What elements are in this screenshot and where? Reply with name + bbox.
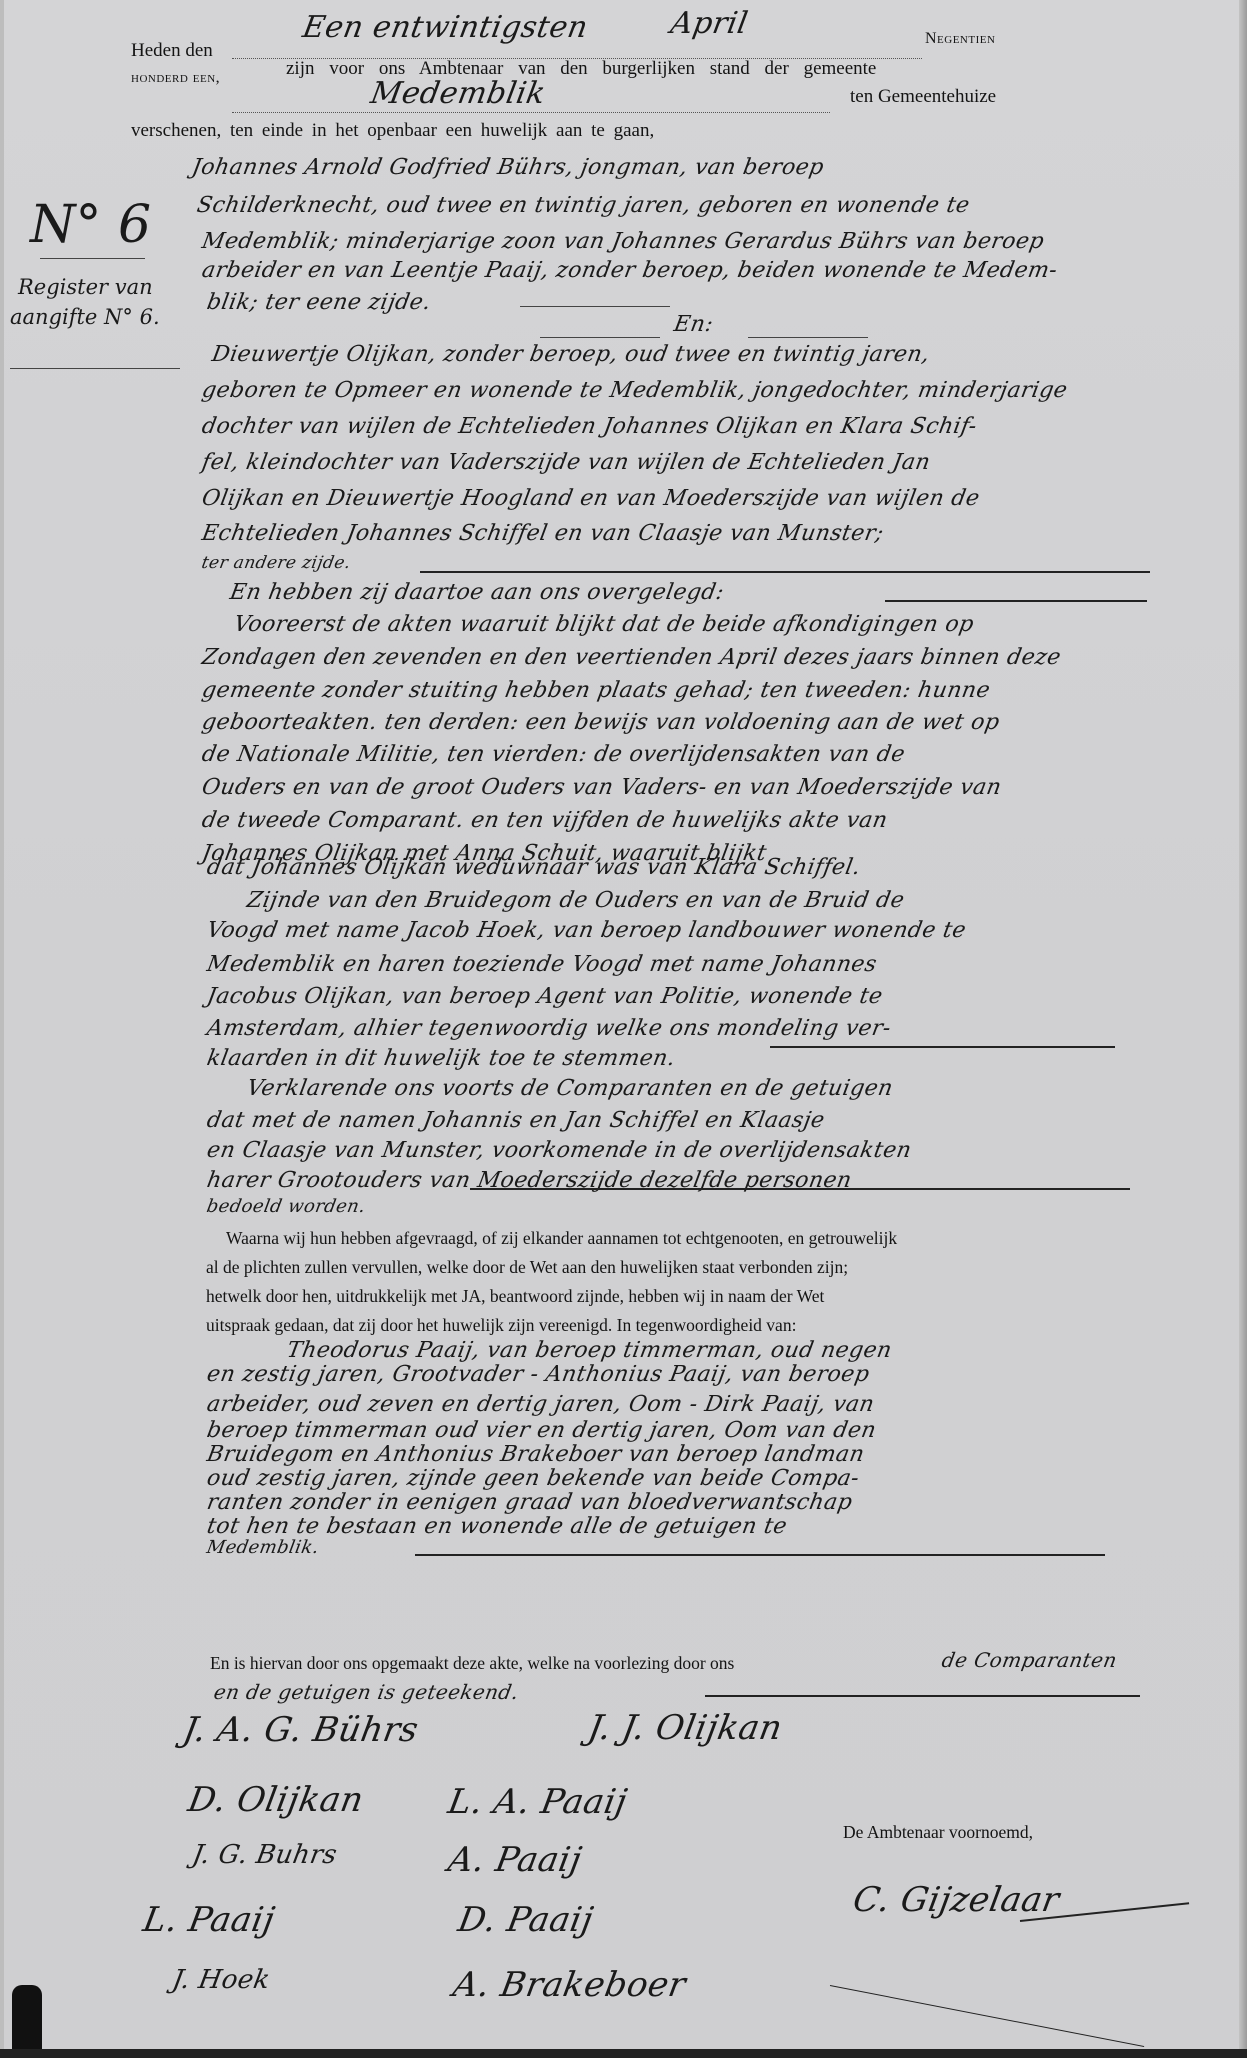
groom-line: Medemblik; minderjarige zoon van Johanne…	[200, 229, 1046, 254]
ceremony-line: uitspraak gedaan, dat zij door het huwel…	[206, 1315, 796, 1336]
record-number: N° 6	[30, 195, 151, 255]
declaration-line: Verklarende ons voorts de Comparanten en…	[245, 1076, 895, 1101]
fill-rule	[885, 600, 1147, 602]
consent-line: Medemblik en haren toeziende Voogd met n…	[205, 952, 879, 977]
groom-line: arbeider en van Leentje Paaij, zonder be…	[200, 258, 1059, 283]
documents-line: gemeente zonder stuiting hebben plaats g…	[200, 678, 992, 703]
declaration-line: bedoeld worden.	[205, 1196, 367, 1217]
honderd-een-label: honderd een,	[131, 69, 220, 87]
witnesses-line: Bruidegom en Anthonius Brakeboer van ber…	[205, 1442, 866, 1467]
witnesses-line: Theodorus Paaij, van beroep timmerman, o…	[285, 1338, 894, 1363]
fill-rule	[470, 1188, 1130, 1190]
signature-flourish	[830, 1985, 1144, 2047]
documents-line: Vooreerst de akten waaruit blijkt dat de…	[232, 612, 976, 637]
margin-rule	[40, 258, 145, 259]
month-handwritten: April	[668, 6, 751, 41]
documents-line: Zondagen den zevenden en den veertienden…	[200, 645, 1063, 670]
fill-rule	[420, 571, 1150, 573]
negentien-label: Negentien	[925, 30, 995, 48]
bride-line: ter andere zijde.	[200, 553, 352, 573]
closing-handwritten-end: de Comparanten	[940, 1648, 1119, 1672]
documents-line: En hebben zij daartoe aan ons overgelegd…	[228, 580, 726, 605]
signature-co-guardian: J. J. Olijkan	[585, 1708, 785, 1748]
declaration-line: en Claasje van Munster, voorkomende in d…	[205, 1138, 913, 1163]
certificate-page: Heden den Een entwintigsten April Negent…	[0, 0, 1247, 2058]
gemeentehuize-label: ten Gemeentehuize	[850, 86, 996, 108]
signature-groom-mother: L. Paaij	[140, 1900, 278, 1940]
ceremony-line: Waarna wij hun hebben afgevraagd, of zij…	[226, 1228, 897, 1249]
binding-clip	[12, 1985, 42, 2058]
witnesses-line: arbeider, oud zeven en dertig jaren, Oom…	[205, 1392, 876, 1417]
documents-line: de tweede Comparant. en ten vijfden de h…	[200, 808, 890, 833]
signature-groom-father: J. G. Buhrs	[190, 1840, 339, 1870]
fill-rule	[415, 1554, 1105, 1556]
margin-note-line1: Register van	[18, 272, 153, 302]
ceremony-line: hetwelk door hen, uitdrukkelijk met JA, …	[206, 1286, 824, 1307]
closing-handwritten-line2: en de getuigen is geteekend.	[212, 1680, 521, 1704]
consent-line: Zijnde van den Bruidegom de Ouders en va…	[245, 888, 906, 913]
bride-line: fel, kleindochter van Vaderszijde van wi…	[200, 450, 932, 475]
witnesses-line: ranten zonder in eenigen graad van bloed…	[205, 1490, 854, 1515]
closing-printed: En is hiervan door ons opgemaakt deze ak…	[210, 1653, 734, 1674]
witnesses-line: tot hen te bestaan en wonende alle de ge…	[205, 1514, 789, 1539]
page-bottom-edge	[0, 2049, 1247, 2058]
signature-bride-guardian: J. Hoek	[170, 1965, 272, 1995]
signature-groom: J. A. G. Bührs	[180, 1710, 421, 1750]
bride-line: Dieuwertje Olijkan, zonder beroep, oud t…	[210, 342, 932, 367]
declaration-line: dat met de namen Johannis en Jan Schiffe…	[205, 1108, 827, 1133]
witnesses-line: oud zestig jaren, zijnde geen bekende va…	[205, 1466, 861, 1491]
fill-rule	[520, 306, 670, 307]
page-left-edge	[0, 0, 4, 2058]
ceremony-line: al de plichten zullen vervullen, welke d…	[206, 1257, 848, 1278]
fill-rule	[748, 337, 868, 338]
day-handwritten: Een entwintigsten	[300, 10, 591, 45]
groom-line: Johannes Arnold Godfried Bührs, jongman,…	[190, 155, 826, 180]
fill-rule	[705, 1695, 1140, 1697]
consent-line: Amsterdam, alhier tegenwoordig welke ons…	[205, 1016, 893, 1041]
consent-line: Jacobus Olijkan, van beroep Agent van Po…	[205, 984, 885, 1009]
margin-rule	[10, 368, 180, 369]
bride-line: Olijkan en Dieuwertje Hoogland en van Mo…	[200, 486, 982, 511]
dotted-line	[232, 112, 830, 113]
groom-line: blik; ter eene zijde.	[205, 290, 433, 315]
signature-witness-1: L. A. Paaij	[445, 1782, 630, 1822]
en-separator: En:	[672, 312, 715, 337]
groom-line: Schilderknecht, oud twee en twintig jare…	[195, 193, 972, 218]
consent-line: klaarden in dit huwelijk toe te stemmen.	[205, 1046, 677, 1071]
signature-bride: D. Olijkan	[185, 1780, 367, 1820]
heden-den-label: Heden den	[131, 40, 213, 62]
documents-line: de Nationale Militie, ten vierden: de ov…	[200, 742, 907, 767]
fill-rule	[770, 1046, 1115, 1048]
gemeente-handwritten: Medemblik	[368, 76, 548, 111]
header-line-4: verschenen, ten einde in het openbaar ee…	[131, 120, 654, 142]
witnesses-line: beroep timmerman oud vier en dertig jare…	[205, 1418, 878, 1443]
margin-note-line2: aangifte N° 6.	[10, 302, 160, 332]
bride-line: geboren te Opmeer en wonende te Medembli…	[200, 378, 1069, 403]
official-signature: C. Gijzelaar	[850, 1880, 1063, 1920]
documents-line: geboorteakten. ten derden: een bewijs va…	[200, 710, 1002, 735]
witnesses-line: Medemblik.	[205, 1537, 321, 1558]
official-label: De Ambtenaar voornoemd,	[843, 1822, 1033, 1843]
documents-line: Ouders en van de groot Ouders van Vaders…	[200, 775, 1003, 800]
signature-witness-3: D. Paaij	[455, 1900, 596, 1940]
page-right-edge	[1239, 0, 1247, 2058]
signature-witness-2: A. Paaij	[445, 1840, 585, 1880]
bride-line: Echtelieden Johannes Schiffel en van Cla…	[200, 521, 886, 546]
consent-line: Voogd met name Jacob Hoek, van beroep la…	[205, 918, 968, 943]
signature-witness-4: A. Brakeboer	[450, 1965, 689, 2005]
witnesses-line: en zestig jaren, Grootvader - Anthonius …	[205, 1362, 871, 1387]
fill-rule	[540, 337, 660, 338]
bride-line: dochter van wijlen de Echtelieden Johann…	[200, 414, 979, 439]
documents-line-widower: dat Johannes Olijkan weduwnaar was van K…	[205, 855, 863, 880]
